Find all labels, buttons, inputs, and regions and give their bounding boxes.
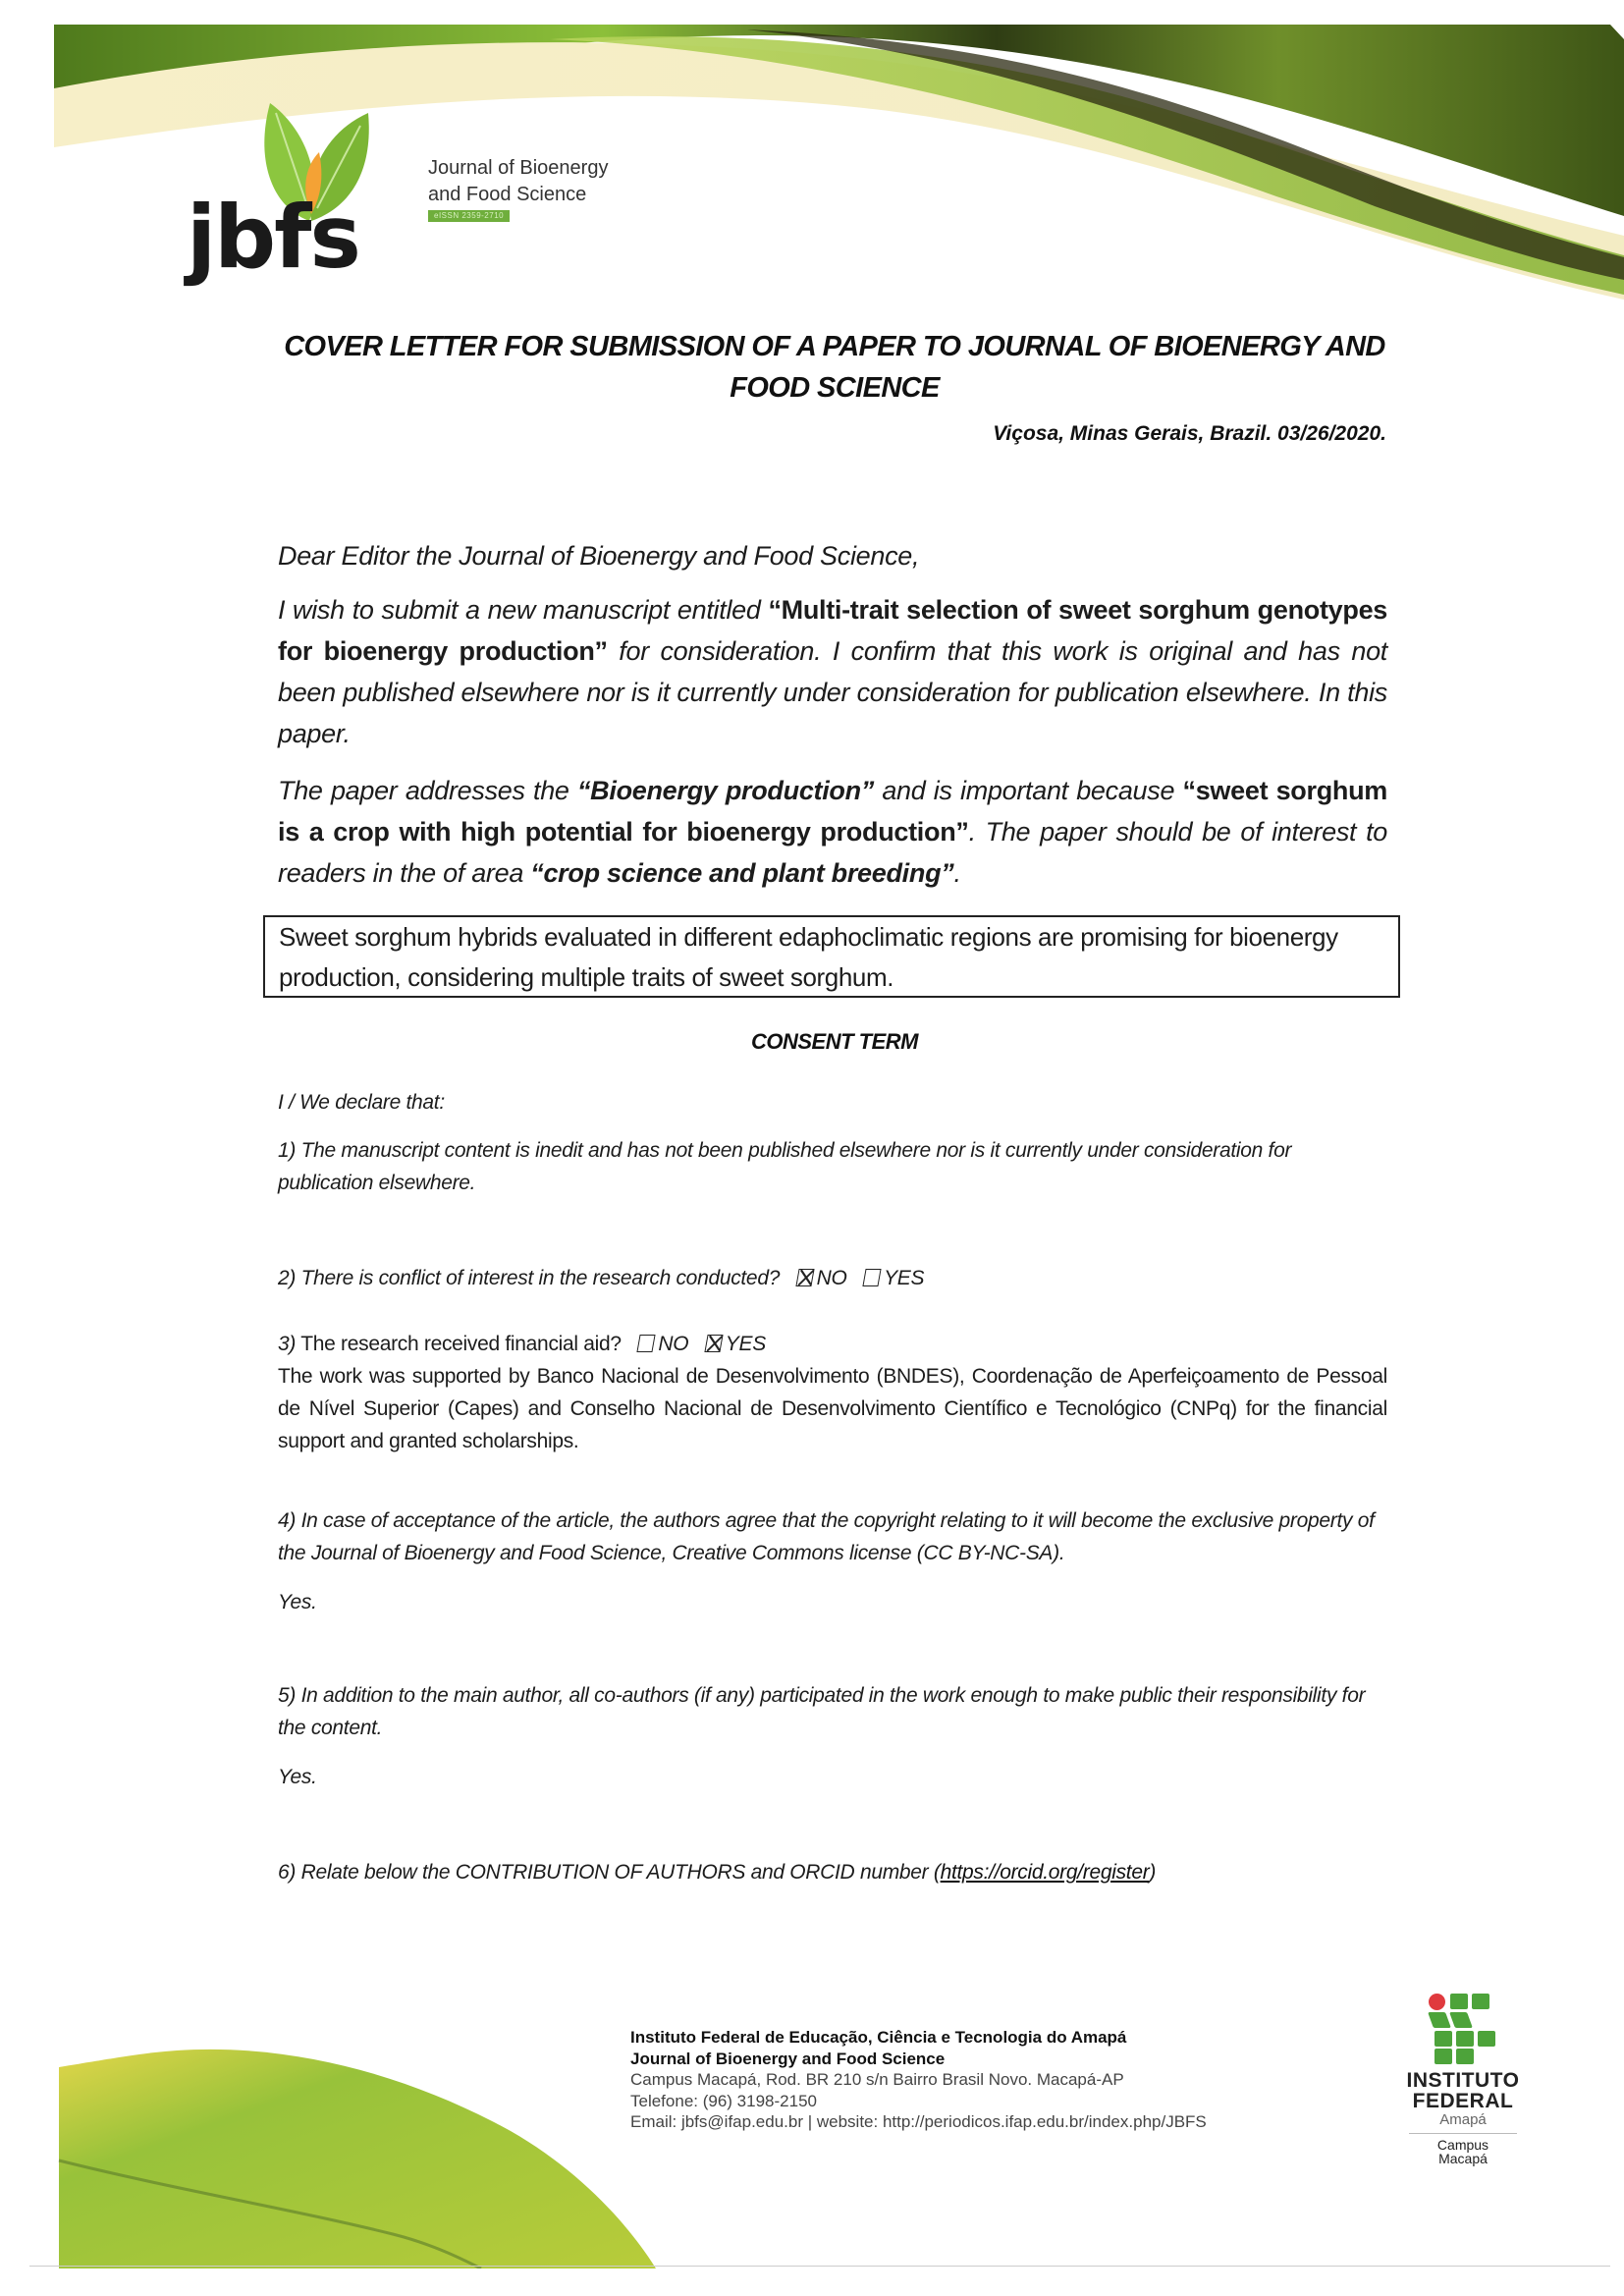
footer-email-website: Email: jbfs@ifap.edu.br | website: http:… [630, 2111, 1207, 2133]
footer-address: Campus Macapá, Rod. BR 210 s/n Bairro Br… [630, 2069, 1207, 2091]
financial-aid-yes-checkbox[interactable] [704, 1335, 723, 1352]
salutation: Dear Editor the Journal of Bioenergy and… [278, 535, 1387, 576]
consent-item-5: 5) In addition to the main author, all c… [278, 1679, 1387, 1744]
consent-item-4: 4) In case of acceptance of the article,… [278, 1504, 1387, 1569]
conflict-yes-checkbox[interactable] [862, 1269, 881, 1286]
footer-contact: Instituto Federal de Educação, Ciência e… [630, 2027, 1207, 2133]
consent-item-6: 6) Relate below the CONTRIBUTION OF AUTH… [278, 1856, 1387, 1888]
footer-journal: Journal of Bioenergy and Food Science [630, 2049, 1207, 2070]
topic: “Bioenergy production” [577, 776, 874, 805]
footer-leaf-decoration [0, 2023, 687, 2269]
consent-item-4-answer: Yes. [278, 1586, 1387, 1618]
declare-line: I / We declare that: [278, 1086, 1387, 1119]
document-title: COVER LETTER FOR SUBMISSION OF A PAPER T… [265, 326, 1404, 409]
conflict-no-checkbox[interactable] [795, 1269, 814, 1286]
orcid-register-link[interactable]: https://orcid.org/register [941, 1861, 1150, 1884]
financial-aid-no-checkbox[interactable] [637, 1335, 656, 1352]
if-logo-campus-name: Macapá [1375, 2152, 1551, 2165]
if-grid-icon [1429, 1994, 1497, 2064]
consent-item-3: 3) The research received financial aid? … [278, 1328, 1387, 1360]
place-date: Viçosa, Minas Gerais, Brazil. 03/26/2020… [993, 422, 1386, 446]
consent-title: CONSENT TERM [265, 1029, 1404, 1055]
highlight-box: Sweet sorghum hybrids evaluated in diffe… [263, 915, 1400, 998]
if-logo-line1: INSTITUTO [1375, 2070, 1551, 2091]
instituto-federal-logo: INSTITUTO FEDERAL Amapá Campus Macapá [1375, 1994, 1551, 2165]
logo-wordmark: jbfs [187, 187, 359, 288]
funding-statement: The work was supported by Banco Nacional… [278, 1360, 1387, 1457]
consent-item-1: 1) The manuscript content is inedit and … [278, 1134, 1387, 1199]
if-logo-line2: FEDERAL [1375, 2091, 1551, 2111]
consent-item-2: 2) There is conflict of interest in the … [278, 1262, 1387, 1294]
if-logo-divider [1409, 2133, 1517, 2134]
footer-phone: Telefone: (96) 3198-2150 [630, 2091, 1207, 2112]
footer-institution: Instituto Federal de Educação, Ciência e… [630, 2027, 1207, 2049]
journal-name-line2: and Food Science [428, 182, 608, 208]
consent-item-5-answer: Yes. [278, 1761, 1387, 1793]
area: “crop science and plant breeding” [530, 858, 953, 888]
issn-badge: eISSN 2359-2710 [428, 210, 510, 222]
if-logo-campus: Campus [1375, 2138, 1551, 2152]
paragraph-manuscript: I wish to submit a new manuscript entitl… [278, 589, 1387, 754]
paragraph-relevance: The paper addresses the “Bioenergy produ… [278, 770, 1387, 894]
bottom-divider [29, 2266, 1610, 2267]
journal-name-line1: Journal of Bioenergy [428, 155, 608, 182]
journal-name: Journal of Bioenergy and Food Science [428, 155, 608, 208]
if-logo-state: Amapá [1375, 2111, 1551, 2129]
